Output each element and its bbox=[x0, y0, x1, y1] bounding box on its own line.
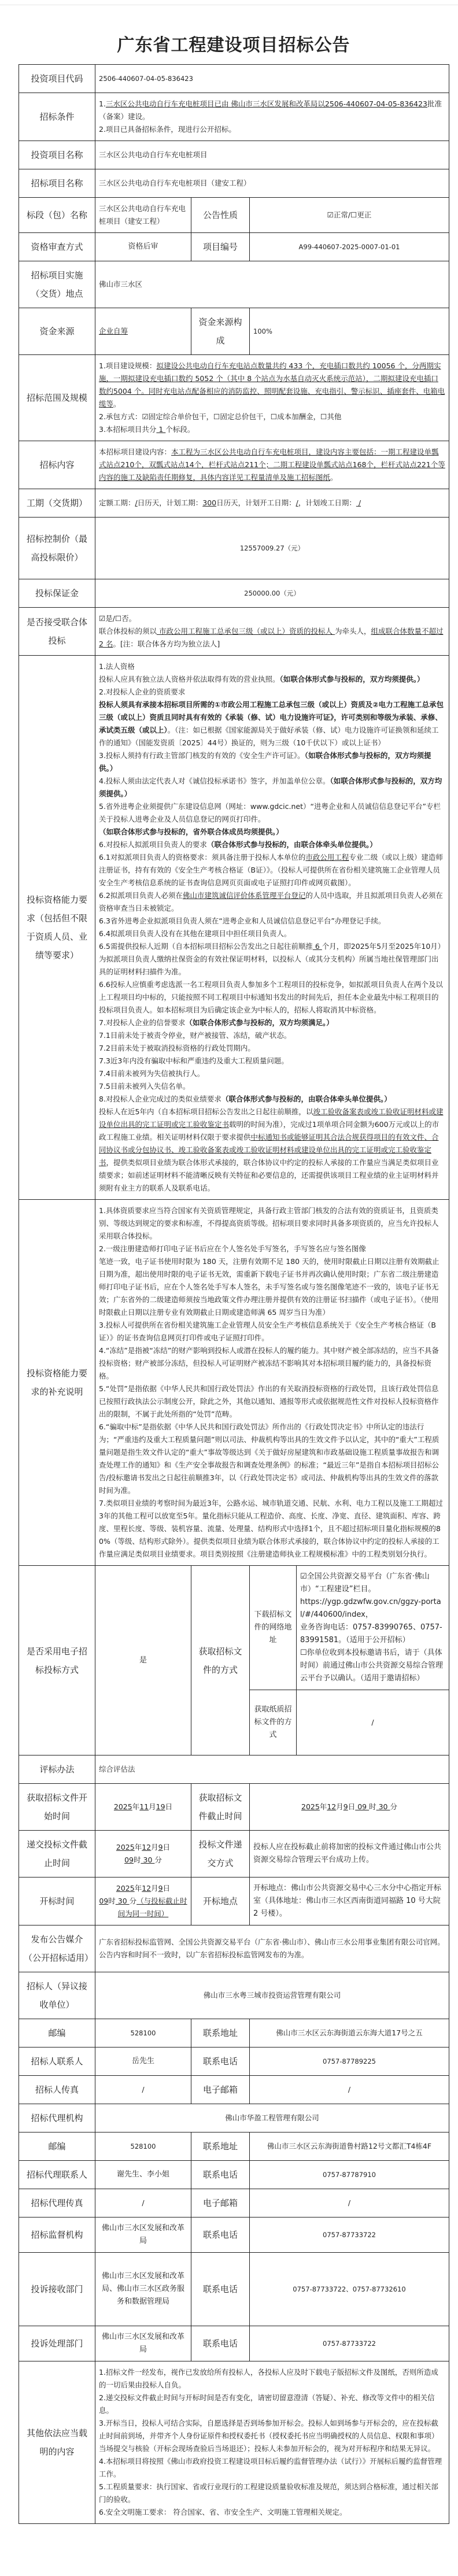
value-agency-phone: 0757-87787910 bbox=[250, 2161, 449, 2189]
row-opening: 开标时间 2025年12月9日 09时 30 分（与投标截止时间为同一时间） 开… bbox=[19, 1878, 449, 1925]
qualification-bold: （如联合体形式参与投标的，双方均须满足。） bbox=[185, 1018, 333, 1027]
qualification-item: 6.6投标人应慎重考虑选派一名工程项目负责人参加多个工程项目的投标竞争，如拟派项… bbox=[99, 978, 445, 1017]
label-funding-composition: 资金来源构成 bbox=[191, 308, 250, 355]
obtain-start-month: 11 bbox=[139, 1802, 149, 1811]
consortium-lead: 市政公用工程施工总承包三级（或以上）资质的投标人 bbox=[157, 627, 335, 635]
label-control-price: 招标控制价（最高投标限价） bbox=[19, 518, 95, 579]
obtain-end-year: 2025 bbox=[301, 1802, 320, 1811]
value-paper-method: / bbox=[297, 1690, 449, 1755]
row-review: 资格审查方式 资格后审 项目编号 A99-440607-2025-0007-01… bbox=[19, 233, 449, 261]
value-tenderer: 佛山市三水粤三城市投资运营管理有限公司 bbox=[95, 1972, 449, 2019]
qualification-text: ，提供类似项目业绩为联合体形式承接的，联合体协议中约定的投标人承接的工作量应当满… bbox=[99, 1158, 439, 1192]
qualification-item: 6.1对拟派项目负责人的资格要求：须具备注册于投标人本单位的市政公用工程专业二级… bbox=[99, 851, 445, 889]
nature-normal: 正常 bbox=[334, 210, 348, 219]
online-option-1: 全国公共资源交易平台（广东省·佛山市）“工程建设”栏目。 bbox=[300, 1570, 445, 1596]
label-media: 发布公告媒介（公开招标适用） bbox=[19, 1925, 95, 1972]
label-submit-deadline: 递交投标文件截止时间 bbox=[19, 1831, 95, 1878]
value-obtain-start: 2025年11月19日 bbox=[95, 1784, 191, 1831]
bottom-spacer bbox=[19, 2524, 449, 2576]
qualification-item: 7.4目前未被列为失信被执行人。 bbox=[99, 1067, 445, 1080]
consult-phone: 业务咨询电话：0757-83990765、0757-83991581。（适用于公… bbox=[300, 1621, 445, 1647]
scope-l2-prefix: 2.承包方式： bbox=[99, 412, 142, 421]
period-p3: 日历天，计划开工日期： bbox=[216, 498, 296, 507]
checkbox-unchecked-icon bbox=[300, 1649, 307, 1657]
value-submit-method: 投标人应在投标截止前将加密的投标文件通过佛山市公共资源交易综合管理云平台成功上传… bbox=[250, 1831, 449, 1878]
opening-year: 2025 bbox=[116, 1884, 135, 1893]
row-evaluation: 评标办法 综合评估法 bbox=[19, 1755, 449, 1784]
label-agency-post: 邮编 bbox=[19, 2133, 95, 2161]
qualification-item: 7.3近3年内没有骗取中标和严重违约及重大工程质量问题。 bbox=[99, 1055, 445, 1067]
consortium-l2-prefix: 联合体投标的须以 bbox=[99, 627, 157, 635]
obtain-end-month: 12 bbox=[327, 1802, 336, 1811]
qualification-item: 投标人须具有承接本招标项目所需的①市政公用工程施工总承包三级（或以上）资质及②电… bbox=[99, 698, 445, 749]
value-supplement: 1.具体资质要求应当符合国家有关资质管理规定，具备行政主管部门核发的合法有效的资… bbox=[95, 1200, 449, 1566]
consortium-yes: 是 bbox=[105, 614, 113, 623]
other-item: 5.工程质量要求：执行国家、省或行业现行的工程建设质量验收标准及规范，须达到合格… bbox=[99, 2481, 445, 2506]
value-agency: 佛山市华盈工程管理有限公司 bbox=[95, 2104, 449, 2133]
qualification-text: 7.4目前未被列为失信被执行人。 bbox=[99, 1069, 204, 1078]
checkbox-checked-icon bbox=[142, 412, 148, 421]
unit-month: 月 bbox=[151, 1843, 158, 1851]
label-nature: 公告性质 bbox=[191, 198, 250, 233]
obtain-end-hour: 09 bbox=[355, 1802, 369, 1811]
qualification-item: 1.法人资格 bbox=[99, 660, 445, 673]
value-tender-name: 三水区公共电动自行车充电桩项目（建安工程） bbox=[95, 169, 449, 198]
row-scope: 招标范围及规模 1.项目建设规模：拟建设公共电动自行车充电站点数量共约 433 … bbox=[19, 355, 449, 441]
label-other: 其他依法应当载明的内容 bbox=[19, 2361, 95, 2524]
supplement-item: 笔迹一致，电子证书使用时限为 180 天，注册有效期不足 180 天的，使用时限… bbox=[99, 1255, 445, 1319]
row-agency-contact: 招标代理联系人 谢先生、李小姐 联系电话 0757-87787910 bbox=[19, 2161, 449, 2189]
qualification-text: 6.1对拟派项目负责人的资格要求：须具备注册于投标人本单位的 bbox=[99, 853, 305, 862]
value-opening-time: 2025年12月9日 09时 30 分（与投标截止时间为同一时间） bbox=[95, 1878, 191, 1925]
online-option-2: 你单位收到本投标邀请书后，请于（具体时间）前通过佛山市公共资源交易综合管理云平台… bbox=[300, 1647, 445, 1685]
row-content: 招标内容 本招标项目建设内容：本工程为三水区公共电动自行车充电桩项目，建设内容主… bbox=[19, 441, 449, 489]
supplement-item: 4.“冻结”是指被“冻结”的财产影响到投标人或潜在投标人的履约能力。其中财产被全… bbox=[99, 1344, 445, 1383]
label-period: 工期（交货期） bbox=[19, 489, 95, 518]
value-agency-addr: 佛山市三水区云东海街道鲁村路12号文都汇T4栋4F bbox=[250, 2133, 449, 2161]
unit-hour: 时 bbox=[108, 1897, 116, 1905]
checkbox-unchecked-icon bbox=[213, 412, 220, 421]
qualification-item: 投标人应具有独立法人资格并依法取得有效的营业执照。（如联合体形式参与投标的，双方… bbox=[99, 673, 445, 686]
label-obtain-start: 获取招标文件开始时间 bbox=[19, 1784, 95, 1831]
qualification-text: 7.5目前未被列入失信名单。 bbox=[99, 1082, 190, 1091]
label-tender-name: 招标项目名称 bbox=[19, 169, 95, 198]
label-funding: 资金来源 bbox=[19, 308, 95, 355]
unit-month: 月 bbox=[149, 1802, 156, 1811]
value-invest-name: 三水区公共电动自行车充电桩项目 bbox=[95, 141, 449, 169]
qualification-text: 6.2拟派项目负责人必须在 bbox=[99, 891, 183, 900]
unit-minute: 分 bbox=[390, 1802, 397, 1811]
conditions-line1-prefix: 1. bbox=[99, 99, 106, 108]
value-deposit: 250000.00（元） bbox=[95, 579, 449, 608]
qualification-item: 5.省外进粤企业须提供广东建设信息网（网址：www.gdcic.net）“进粤企… bbox=[99, 800, 445, 838]
qualification-item: 7.2目前未处于被取消投标资格的行政处罚期内。 bbox=[99, 1042, 445, 1055]
label-deposit: 投标保证金 bbox=[19, 579, 95, 608]
qualification-text: 投标人在近5年内（自本招标项目招标公告发出之日起往前顺推，以 bbox=[99, 1107, 313, 1116]
submit-month: 12 bbox=[142, 1843, 151, 1851]
unit-year: 年 bbox=[132, 1802, 140, 1811]
qualification-text: 6.6投标人应慎重考虑选派一名工程项目负责人参加多个工程项目的投标竞争，如拟派项… bbox=[99, 980, 443, 1014]
label-review: 资格审查方式 bbox=[19, 233, 95, 261]
checkbox-checked-icon bbox=[327, 210, 334, 219]
consortium-l2-mid: 为牵头人， bbox=[335, 627, 371, 635]
qualification-underlined: 佛山市建筑诚信评价体系管理平台登记 bbox=[183, 891, 306, 900]
opening-minute: 30 bbox=[116, 1897, 130, 1905]
label-scope: 招标范围及规模 bbox=[19, 355, 95, 441]
value-funding-composition: 100% bbox=[250, 308, 449, 355]
unit-day: 日 bbox=[348, 1802, 356, 1811]
value-complaint-recv: 佛山市三水区发展和改革局、佛山市三水区政务服务和数据管理局 bbox=[95, 2253, 191, 2326]
submit-minute: 30 bbox=[141, 1856, 155, 1864]
label-agency-phone: 联系电话 bbox=[191, 2161, 250, 2189]
qualification-bold: （联合体形式参与投标的，由联合体牵头单位提供。） bbox=[221, 1095, 391, 1103]
supplement-item: 6.“骗取中标”是指依据《中华人民共和国行政处罚法》所作出的《行政处罚决定书》中… bbox=[99, 1421, 445, 1497]
row-supervisor: 招标监督机构 佛山市三水区发展和改革局 联系电话 0757-87733722 bbox=[19, 2217, 449, 2253]
row-conditions: 招标条件 1.三水区公共电动自行车充电桩项目已由 佛山市三水区发展和改革局以25… bbox=[19, 93, 449, 141]
value-location: 佛山市三水区 bbox=[95, 261, 449, 308]
value-evaluation: 综合评估法 bbox=[95, 1755, 449, 1784]
label-online-address: 下载招标文件的网络地址 bbox=[250, 1566, 297, 1690]
obtain-start-day: 19 bbox=[156, 1802, 165, 1811]
online-opt1-text: 全国公共资源交易平台（广东省·佛山市）“工程建设”栏目。 bbox=[300, 1572, 430, 1594]
scope-l3-prefix: 3.本招标项目共分 bbox=[99, 425, 156, 434]
qualification-item: 7.对投标人企业的信誉要求（如联合体形式参与投标的，双方均须满足。） bbox=[99, 1017, 445, 1029]
other-item: 6.安全文明施工要求： 符合国家、省、市安全生产、文明施工管理相关规定。 bbox=[99, 2506, 445, 2519]
value-complaint-recv-phone: 0757-87733722、0757-87732610 bbox=[250, 2253, 449, 2326]
unit-day: 日 bbox=[163, 1843, 171, 1851]
page-title: 广东省工程建设项目招标公告 bbox=[19, 31, 449, 56]
other-item: 2.递交投标文件截止时间与开标时间是否有变化，请密切留意澄清（答疑）、补充、修改… bbox=[99, 2392, 445, 2417]
label-content: 招标内容 bbox=[19, 441, 95, 489]
label-supplement: 投标资格能力要求的补充说明 bbox=[19, 1200, 95, 1566]
label-complaint-recv: 投诉接收部门 bbox=[19, 2253, 95, 2326]
scope-opt3: 成本加酬金， bbox=[277, 412, 320, 421]
label-supervisor-phone: 联系电话 bbox=[191, 2217, 250, 2253]
other-item: 3.开标当日，投标人可结合实际，自愿选择是否到场参加开标会。投标人如到场参与开标… bbox=[99, 2417, 445, 2455]
submit-day: 9 bbox=[158, 1843, 163, 1851]
qualification-item: 3.投标人须持有行政主管部门核发的有效的《安全生产许可证》。（如联合体形式参与投… bbox=[99, 749, 445, 775]
value-nature: 正常/更正 bbox=[250, 198, 449, 233]
checkbox-checked-icon bbox=[300, 1572, 307, 1581]
conditions-approval: 三水区公共电动自行车充电桩项目已由 佛山市三水区发展和改革局以2506-4406… bbox=[106, 99, 427, 108]
label-opening-place: 开标地点 bbox=[191, 1878, 250, 1925]
obtain-start-year: 2025 bbox=[114, 1802, 132, 1811]
label-invest-code: 投资项目代码 bbox=[19, 65, 95, 93]
qualification-item: 6.4拟派项目负责人没有在其他在建项目中担任项目负责人。 bbox=[99, 927, 445, 940]
opening-day: 9 bbox=[158, 1884, 163, 1893]
value-complaint-handle: 佛山市三水区发展和改革局 bbox=[95, 2326, 191, 2361]
row-qualification: 投标资格能力要求（包括但不限于资质人员、业绩等要求） 1.法人资格投标人应具有独… bbox=[19, 656, 449, 1200]
label-obtain-method: 获取招标文件的方式 bbox=[191, 1566, 250, 1755]
period-end: / bbox=[356, 498, 361, 507]
row-tenderer-post: 邮编 528100 联系地址 佛山市三水区云东海街道云东海大道17号之五 bbox=[19, 2019, 449, 2048]
consortium-l2-suffix: 。[注：联合体各方均为独立法人] bbox=[113, 640, 220, 648]
online-opt2-text: 你单位收到本投标邀请书后，请于（具体时间）前通过佛山市公共资源交易综合管理云平台… bbox=[300, 1649, 443, 1683]
label-location: 招标项目实施（交货）地点 bbox=[19, 261, 95, 308]
qualification-bold: （如联合体形式参与投标的，省外联合体成员均须提供。） bbox=[99, 827, 283, 836]
qualification-item: 2.对投标人企业的资质要求 bbox=[99, 686, 445, 698]
scope-opt4: 其他 bbox=[327, 412, 341, 421]
period-p1: 定额工期： bbox=[99, 498, 135, 507]
qualification-item: 6.5需提供投标人近期（自本招标项目招标公告发出之日起往前顺推 6 个月，即20… bbox=[99, 940, 445, 978]
period-p2: 日历天，计划工期： bbox=[138, 498, 203, 507]
qualification-text: 投标人应具有独立法人资格并依法取得有效的营业执照。 bbox=[99, 675, 280, 683]
value-tenderer-post: 528100 bbox=[95, 2019, 191, 2048]
submit-year: 2025 bbox=[116, 1843, 135, 1851]
row-consortium: 是否接受联合体投标 是/否。 联合体投标的须以 市政公用工程施工总承包三级（或以… bbox=[19, 608, 449, 656]
row-section: 标段（包）名称 三水区公共电动自行车充电桩项目（建安工程） 公告性质 正常/更正 bbox=[19, 198, 449, 233]
row-control-price: 招标控制价（最高投标限价） 12557009.27（元） bbox=[19, 518, 449, 579]
conditions-line2: 2.项目已具备招标条件，现进行公开招标。 bbox=[99, 123, 445, 136]
qualification-text: 7.2目前未处于被取消投标资格的行政处罚期内。 bbox=[99, 1044, 255, 1052]
value-qualification: 1.法人资格投标人应具有独立法人资格并依法取得有效的营业执照。（如联合体形式参与… bbox=[95, 656, 449, 1200]
row-agency-post: 邮编 528100 联系地址 佛山市三水区云东海街道鲁村路12号文都汇T4栋4F bbox=[19, 2133, 449, 2161]
qualification-bold: （联合体形式参与投标的，由联合体牵头单位提供。） bbox=[207, 840, 377, 849]
supplement-item: 5.“处罚”是指依据《中华人民共和国行政处罚法》作出的有关取消投标资格的行政处罚… bbox=[99, 1383, 445, 1421]
label-electronic: 是否采用电子招标投标方式 bbox=[19, 1566, 95, 1755]
checkbox-unchecked-icon bbox=[115, 614, 121, 623]
value-agency-contact: 谢先生、李小姐 bbox=[95, 2161, 191, 2189]
row-supplement: 投标资格能力要求的补充说明 1.具体资质要求应当符合国家有关资质管理规定，具备行… bbox=[19, 1200, 449, 1566]
value-consortium: 是/否。 联合体投标的须以 市政公用工程施工总承包三级（或以上）资质的投标人 为… bbox=[95, 608, 449, 656]
row-complaint-handle: 投诉处理部门 佛山市三水区发展和改革局 联系电话 0757-87733722 bbox=[19, 2326, 449, 2361]
qualification-underlined: 市政公用工程 bbox=[305, 853, 349, 862]
scope-opt2: 固定总价包干， bbox=[220, 412, 271, 421]
value-tenderer-addr: 佛山市三水区云东海街道云东海大道17号之五 bbox=[250, 2019, 449, 2048]
qualification-item: 6.对投标人拟派项目负责人的要求（联合体形式参与投标的，由联合体牵头单位提供。） bbox=[99, 838, 445, 851]
qualification-item: 8.对投标人企业完成过的类似业绩要求（联合体形式参与投标的，由联合体牵头单位提供… bbox=[99, 1093, 445, 1106]
label-submit-method: 投标文件递交方式 bbox=[191, 1831, 250, 1878]
row-invest-name: 投资项目名称 三水区公共电动自行车充电桩项目 bbox=[19, 141, 449, 169]
period-planned: 300 bbox=[202, 498, 216, 507]
qualification-text: 3.投标人须持有行政主管部门核发的有效的《安全生产许可证》。 bbox=[99, 751, 305, 760]
value-electronic: 是 bbox=[95, 1566, 191, 1755]
media-line1: 广东省招标投标监管网、全国公共资源交易平台（广东省·佛山市）、佛山市三水公用事业… bbox=[99, 1936, 445, 1949]
submit-hour: 09 bbox=[124, 1856, 134, 1864]
row-period: 工期（交货期） 定额工期：/日历天，计划工期：300日历天，计划开工日期：/，计… bbox=[19, 489, 449, 518]
label-section: 标段（包）名称 bbox=[19, 198, 95, 233]
value-media: 广东省招标投标监管网、全国公共资源交易平台（广东省·佛山市）、佛山市三水公用事业… bbox=[95, 1925, 449, 1972]
value-supervisor: 佛山市三水区发展和改革局 bbox=[95, 2217, 191, 2253]
opening-month: 12 bbox=[142, 1884, 151, 1893]
value-invest-code: 2506-440607-04-05-836423 bbox=[95, 65, 449, 93]
scope-sections: 3.本招标项目共分 1 个标段。 bbox=[99, 423, 445, 436]
qualification-item: 4.投标人须由法定代表人对《诚信投标承诺书》签字，并加盖单位公章。（如联合体形式… bbox=[99, 775, 445, 800]
label-supervisor: 招标监督机构 bbox=[19, 2217, 95, 2253]
qualification-text: 6.3省外进粤企业拟派项目负责人须在“进粤企业和人员诚信信息登记平台”办理登记手… bbox=[99, 916, 385, 925]
value-review: 资格后审 bbox=[95, 233, 191, 261]
row-agency-fax: 招标代理传真 / 电子邮箱 / bbox=[19, 2189, 449, 2217]
value-opening-place: 开标地点：佛山市公共资源交易中心三水分中心指定开标室（具体地址：佛山市三水区西南… bbox=[250, 1878, 449, 1925]
row-tenderer-fax: 招标人传真 / 电子邮箱 / bbox=[19, 2076, 449, 2104]
value-scope: 1.项目建设规模：拟建设公共电动自行车充电站点数量共约 433 个，充电插口数共… bbox=[95, 355, 449, 441]
label-tenderer-phone: 联系电话 bbox=[191, 2048, 250, 2076]
supplement-item: 3.投标人可提供所在省份相关建筑施工企业管理人员安全生产考核信息系统关于《安全生… bbox=[99, 1319, 445, 1344]
label-tenderer-contact: 招标人联系人 bbox=[19, 2048, 95, 2076]
qualification-bold: （如联合体形式参与投标的，双方均须提供。） bbox=[280, 675, 424, 683]
scope-l1-prefix: 1.项目建设规模： bbox=[99, 361, 156, 370]
label-paper-method: 获取纸质招标文件的方式 bbox=[250, 1690, 297, 1755]
qualification-text: 6.对投标人拟派项目负责人的要求 bbox=[99, 840, 207, 849]
qualification-text: 8.对投标人企业完成过的类似业绩要求 bbox=[99, 1095, 221, 1103]
label-tenderer-email: 电子邮箱 bbox=[191, 2076, 250, 2104]
value-agency-fax: / bbox=[95, 2189, 191, 2217]
unit-month: 月 bbox=[336, 1802, 343, 1811]
label-tenderer-fax: 招标人传真 bbox=[19, 2076, 95, 2104]
row-submit: 递交投标文件截止时间 2025年12月9日 09时 30 分 投标文件递交方式 … bbox=[19, 1831, 449, 1878]
row-other: 其他依法应当载明的内容 1.招标文件一经发布，视作已发放给所有投标人，各投标人应… bbox=[19, 2361, 449, 2524]
value-tenderer-phone: 0757-87789225 bbox=[250, 2048, 449, 2076]
label-agency: 招标代理机构 bbox=[19, 2104, 95, 2133]
value-period: 定额工期：/日历天，计划工期：300日历天，计划开工日期：/，计划竣工日期： / bbox=[95, 489, 449, 518]
scope-section-count: 1 bbox=[156, 425, 165, 434]
consortium-choice: 是/否。 bbox=[99, 612, 445, 625]
unit-year: 年 bbox=[135, 1843, 142, 1851]
qualification-item: 7.5目前未被列入失信名单。 bbox=[99, 1080, 445, 1093]
label-agency-addr: 联系地址 bbox=[191, 2133, 250, 2161]
scope-l1-suffix: 。 bbox=[113, 400, 121, 408]
row-electronic: 是否采用电子招标投标方式 是 获取招标文件的方式 下载招标文件的网络地址 全国公… bbox=[19, 1566, 449, 1690]
label-invest-name: 投资项目名称 bbox=[19, 141, 95, 169]
scope-l3-suffix: 个标段。 bbox=[165, 425, 194, 434]
checkbox-checked-icon bbox=[99, 614, 105, 623]
notice-page: 广东省工程建设项目招标公告 投资项目代码 2506-440607-04-05-8… bbox=[0, 31, 458, 2576]
value-agency-post: 528100 bbox=[95, 2133, 191, 2161]
media-line2: 公告内容和时间不一致时，以广东省招标投标监管网发布的为准。 bbox=[99, 1949, 445, 1961]
value-tenderer-contact: 岳先生 bbox=[95, 2048, 191, 2076]
consortium-no: 否。 bbox=[121, 614, 136, 623]
value-funding: 企业自筹 bbox=[95, 308, 191, 355]
value-control-price: 12557009.27（元） bbox=[95, 518, 449, 579]
unit-hour: 时 bbox=[369, 1802, 376, 1811]
value-section: 三水区公共电动自行车充电桩项目（建安工程） bbox=[95, 198, 191, 233]
checkbox-unchecked-icon bbox=[271, 412, 277, 421]
notice-table: 投资项目代码 2506-440607-04-05-836423 招标条件 1.三… bbox=[19, 64, 449, 2524]
label-agency-contact: 招标代理联系人 bbox=[19, 2161, 95, 2189]
label-agency-email: 电子邮箱 bbox=[191, 2189, 250, 2217]
qualification-item: 投标人在近5年内（自本招标项目招标公告发出之日起往前顺推，以竣工验收备案表或竣工… bbox=[99, 1106, 445, 1195]
unit-minute: 分 bbox=[130, 1897, 137, 1905]
download-url-link[interactable]: https://ygp.gdzwfw.gov.cn/ggzy-portal/#/… bbox=[300, 1596, 445, 1621]
value-submit-deadline: 2025年12月9日 09时 30 分 bbox=[95, 1831, 191, 1878]
row-invest-code: 投资项目代码 2506-440607-04-05-836423 bbox=[19, 65, 449, 93]
label-evaluation: 评标办法 bbox=[19, 1755, 95, 1784]
label-qualification: 投标资格能力要求（包括但不限于资质人员、业绩等要求） bbox=[19, 656, 95, 1200]
value-complaint-handle-phone: 0757-87733722 bbox=[250, 2326, 449, 2361]
value-tenderer-fax: / bbox=[95, 2076, 191, 2104]
label-agency-fax: 招标代理传真 bbox=[19, 2189, 95, 2217]
content-prefix: 本招标项目建设内容： bbox=[99, 448, 171, 456]
other-item: 1.招标文件一经发布，视作已发放给所有投标人，各投标人应及时下载电子版招标文件及… bbox=[99, 2366, 445, 2392]
row-tenderer: 招标人（异议接收单位） 佛山市三水粤三城市投资运营管理有限公司 bbox=[19, 1972, 449, 2019]
unit-minute: 分 bbox=[154, 1856, 162, 1864]
label-conditions: 招标条件 bbox=[19, 93, 95, 141]
value-other: 1.招标文件一经发布，视作已发放给所有投标人，各投标人应及时下载电子版招标文件及… bbox=[95, 2361, 449, 2524]
row-deposit: 投标保证金 250000.00（元） bbox=[19, 579, 449, 608]
label-tenderer-addr: 联系地址 bbox=[191, 2019, 250, 2048]
value-supervisor-phone: 0757-87733722 bbox=[250, 2217, 449, 2253]
value-conditions: 1.三水区公共电动自行车充电桩项目已由 佛山市三水区发展和改革局以2506-44… bbox=[95, 93, 449, 141]
qualification-item: 6.2拟派项目负责人必须在佛山市建筑诚信评价体系管理平台登记的人员中选取，并且拟… bbox=[99, 889, 445, 915]
qualification-text: 7.1目前未处于被责令停业，财产被接管、冻结，破产状态。 bbox=[99, 1031, 291, 1040]
period-p4: ，计划竣工日期： bbox=[298, 498, 356, 507]
label-complaint-handle-phone: 联系电话 bbox=[191, 2326, 250, 2361]
label-tenderer-post: 邮编 bbox=[19, 2019, 95, 2048]
label-project-code: 项目编号 bbox=[191, 233, 250, 261]
qualification-item: 7.1目前未处于被责令停业，财产被接管、冻结，破产状态。 bbox=[99, 1029, 445, 1042]
label-consortium: 是否接受联合体投标 bbox=[19, 608, 95, 656]
qualification-text: 5.省外进粤企业须提供广东建设信息网（网址：www.gdcic.net）“进粤企… bbox=[99, 802, 441, 823]
value-obtain-end: 2025年12月9日 09 时 30 分 bbox=[250, 1784, 449, 1831]
row-tenderer-contact: 招标人联系人 岳先生 联系电话 0757-87789225 bbox=[19, 2048, 449, 2076]
supplement-item: 2.一级注册建造师打印电子证书后应在个人签名处手写签名，手写签名应与签名图像 bbox=[99, 1243, 445, 1255]
row-funding: 资金来源 企业自筹 资金来源构成 100% bbox=[19, 308, 449, 355]
label-obtain-end: 获取招标文件截止时间 bbox=[191, 1784, 250, 1831]
unit-month: 月 bbox=[151, 1884, 158, 1893]
opening-hour: 09 bbox=[99, 1897, 108, 1905]
scope-opt1: 固定综合单价包干， bbox=[149, 412, 214, 421]
nature-correction: 更正 bbox=[357, 210, 371, 219]
row-agency: 招标代理机构 佛山市华盈工程管理有限公司 bbox=[19, 2104, 449, 2133]
supplement-item: 1.具体资质要求应当符合国家有关资质管理规定，具备行政主管部门核发的合法有效的资… bbox=[99, 1204, 445, 1243]
label-tenderer: 招标人（异议接收单位） bbox=[19, 1972, 95, 2019]
value-content: 本招标项目建设内容：本工程为三水区公共电动自行车充电桩项目，建设内容主要包括：一… bbox=[95, 441, 449, 489]
row-media: 发布公告媒介（公开招标适用） 广东省招标投标监管网、全国公共资源交易平台（广东省… bbox=[19, 1925, 449, 1972]
label-opening-time: 开标时间 bbox=[19, 1878, 95, 1925]
checkbox-unchecked-icon bbox=[320, 412, 327, 421]
row-location: 招标项目实施（交货）地点 佛山市三水区 bbox=[19, 261, 449, 308]
row-obtain-time: 获取招标文件开始时间 2025年11月19日 获取招标文件截止时间 2025年1… bbox=[19, 1784, 449, 1831]
value-online-address: 全国公共资源交易平台（广东省·佛山市）“工程建设”栏目。 https://ygp… bbox=[297, 1566, 449, 1690]
unit-year: 年 bbox=[135, 1884, 142, 1893]
supplement-item: 7.类似项目业绩的考察时间为最近3年，公路水运、城市轨道交通、民航、水利、电力工… bbox=[99, 1497, 445, 1561]
qualification-text: 6.4拟派项目负责人没有在其他在建项目中担任项目负责人。 bbox=[99, 929, 291, 938]
qualification-item: 6.3省外进粤企业拟派项目负责人须在“进粤企业和人员诚信信息登记平台”办理登记手… bbox=[99, 915, 445, 927]
qualification-text: 7.对投标人企业的信誉要求 bbox=[99, 1018, 185, 1027]
qualification-text: 6.5需提供投标人近期（自本招标项目招标公告发出之日起往前顺推 bbox=[99, 942, 313, 951]
value-agency-email: / bbox=[250, 2189, 449, 2217]
unit-year: 年 bbox=[320, 1802, 327, 1811]
qualification-text: 7.3近3年内没有骗取中标和严重违约及重大工程质量问题。 bbox=[99, 1056, 289, 1065]
obtain-end-day: 9 bbox=[343, 1802, 348, 1811]
value-tenderer-email: / bbox=[250, 2076, 449, 2104]
content-suffix: 。 bbox=[330, 473, 338, 482]
row-tender-name: 招标项目名称 三水区公共电动自行车充电桩项目（建安工程） bbox=[19, 169, 449, 198]
obtain-end-minute: 30 bbox=[376, 1802, 390, 1811]
qualification-text: 2.对投标人企业的资质要求 bbox=[99, 688, 185, 696]
value-project-code: A99-440607-2025-0007-01-01 bbox=[250, 233, 449, 261]
scope-contract-mode: 2.承包方式：固定综合单价包干，固定总价包干，成本加酬金，其他 bbox=[99, 411, 445, 423]
label-complaint-recv-phone: 联系电话 bbox=[191, 2253, 250, 2326]
label-complaint-handle: 投诉处理部门 bbox=[19, 2326, 95, 2361]
qualification-text: 1.法人资格 bbox=[99, 662, 135, 671]
qualification-text: 4.投标人须由法定代表人对《诚信投标承诺书》签字，并加盖单位公章。 bbox=[99, 777, 330, 785]
top-divider bbox=[0, 0, 458, 5]
checkbox-unchecked-icon bbox=[350, 210, 357, 219]
unit-day: 日 bbox=[165, 1802, 173, 1811]
unit-hour: 时 bbox=[134, 1856, 141, 1864]
qualification-underlined: 6 bbox=[313, 942, 322, 951]
unit-day: 日 bbox=[163, 1884, 171, 1893]
row-complaint-recv: 投诉接收部门 佛山市三水区发展和改革局、佛山市三水区政务服务和数据管理局 联系电… bbox=[19, 2253, 449, 2326]
other-item: 4.本招标项目将按照《佛山市政府投资工程建设项目标后履约监督管理办法（试行）》开… bbox=[99, 2455, 445, 2481]
